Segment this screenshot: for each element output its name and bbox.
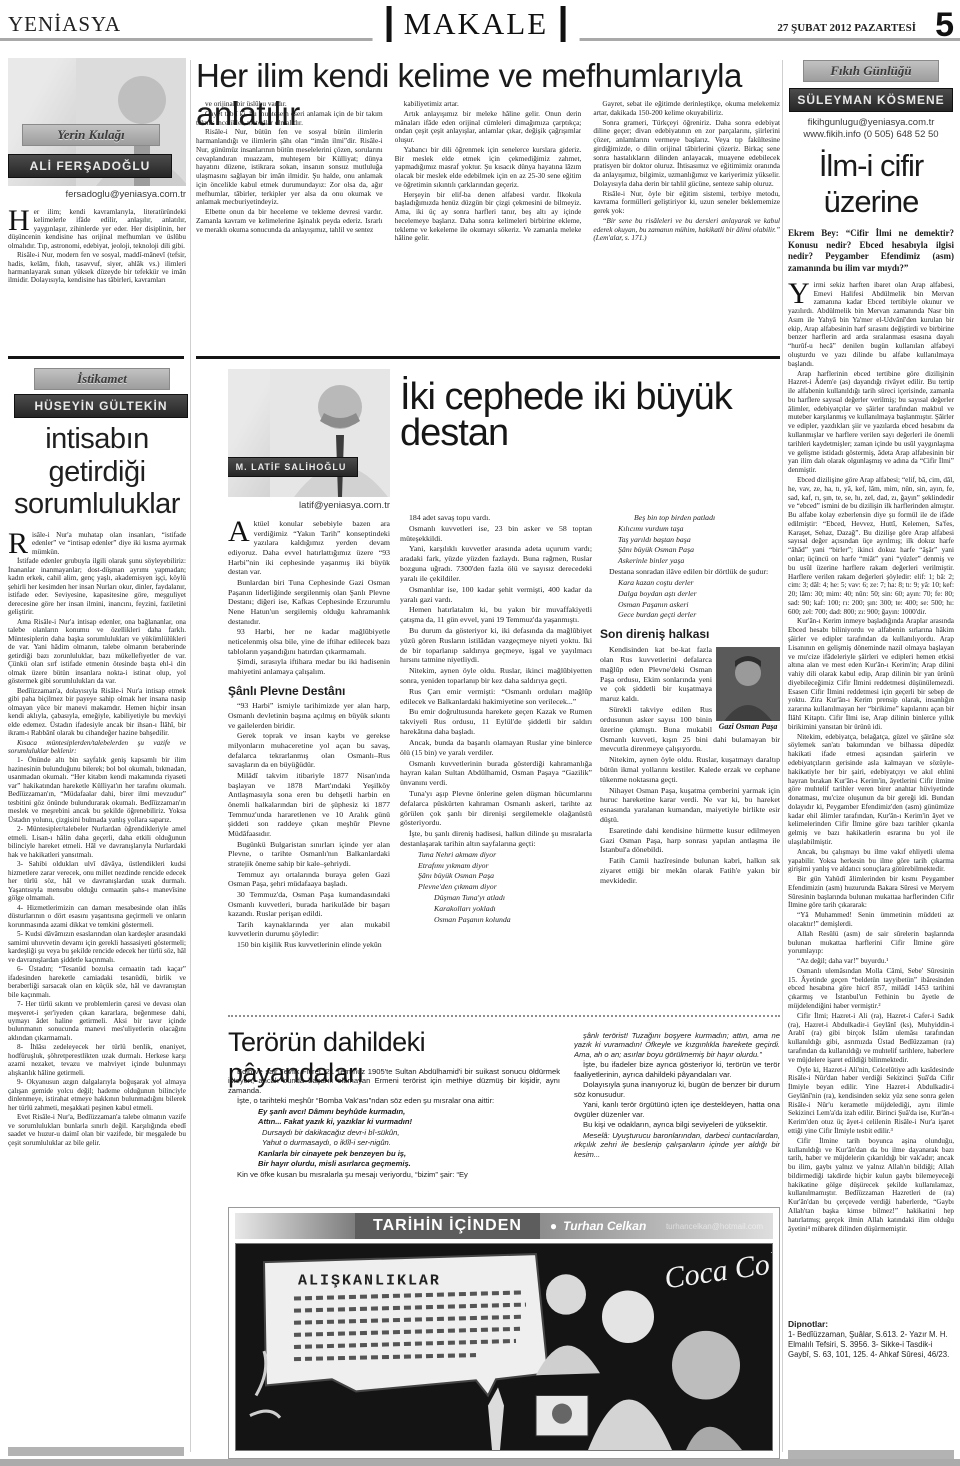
footnotes-text: 1- Bedîüzzaman, Şuâlar, S.613. 2- Yazır … [788,1330,949,1359]
paragraph: Öyle ki, Hazret-i Ali'nin, Celcelûtiye a… [788,1066,954,1136]
column-name-plate-2: İstikamet [34,368,170,390]
middle-zone: İki cephede iki büyük destan M. LATİF SA… [228,365,780,1460]
paragraph: Nitekim, edebiyatça, belağatça, güzel ve… [788,733,954,847]
paragraph: Yani, kanlı terör örgütünü içten içe des… [574,1100,780,1119]
column-rule-right [782,60,783,1452]
left-column-2: İstikamet HÜSEYİN GÜLTEKİN 0505 284 32 4… [8,368,186,1371]
column-name-plate-3: Fıkıh Günlüğü [803,60,939,82]
paragraph: Sonra grameri, Türkçeyi öğreniriz. Daha … [593,119,780,189]
paragraph: Taş yarıldı baştan başa [618,535,780,545]
paragraph: Osmanlı kuvvetleri ise, 23 bin asker ve … [400,524,592,544]
right-column: Fıkıh Günlüğü SÜLEYMAN KÖSMENE fikihgunl… [788,60,954,1360]
article-column-0: Her ilim; kendi kavramlarıyla, literatür… [8,208,186,360]
paragraph: Osman Paşanın askeri [618,600,780,610]
paragraph: Herşeyin bir elif-ba denen alfabesi vard… [395,191,582,244]
paragraph: Tuna Nehri akmam diyor [418,850,592,860]
author-portrait-icon [270,369,390,497]
strip-author-name: Turhan Celkan [563,1219,646,1233]
tarihin-icinden-strip: TARİHİN İÇİNDEN ● Turhan Celkan turhance… [228,1207,780,1459]
paragraph: Kin ve öfke kusan bu mısralarla şu mesaj… [228,1170,560,1179]
strip-title: TARİHİN İÇİNDEN [355,1213,540,1239]
paragraph: Kur'ân-ı Kerim inmeye başladığında Arapl… [788,617,954,731]
paragraph: Dursaydı bir dakikacağız devr-i bî-sükûn… [262,1128,560,1137]
paragraph: Ancak, bunda da başarılı olamayan Ruslar… [400,738,592,758]
paragraph: 3- Sahibi oldukları ulvî dâvâya, üstlend… [8,860,186,902]
paragraph: Risâle-i Nur, öyle bir eğitim sistemi, t… [593,190,780,216]
paragraph: Cifir İlmine tarih boyunca aşina olunduğ… [788,1137,954,1234]
strip-author-block: ● Turhan Celkan turhancelkan@hotmail.com [540,1213,773,1239]
right-article-lead: Ekrem Bey: “Cifir İlmi ne demektir? Konu… [788,228,954,275]
paragraph: Nihayet Osman Paşa, kuşatma çemberini ya… [600,786,780,825]
mid-article-col-b: 184 adet savaş topu vardı.Osmanlı kuvvet… [400,513,592,1009]
paragraph: Milâdî takvim itibariyle 1877 Nisan'ında… [228,771,390,839]
right-article-body: Yirmi sekiz harften ibaret olan Arap alf… [788,281,954,1313]
paragraph: 8- İhlâsı zedeleyecek her türlü benlik, … [8,1043,186,1077]
paragraph: 1- Önünde altı bin sayfalık geniş kapsam… [8,756,186,824]
paragraph: Yani, karşılıklı kuvvetler arasında adet… [400,544,592,583]
paragraph: “Yâ Muhammed! Senin ümmetinin müddeti az… [788,911,954,929]
paragraph: Gayet tabiî ki, bu muhteşem eseri anlama… [196,110,383,128]
paragraph: Arap harflerinin ebced tertibine göre di… [788,370,954,475]
strip-gradient-left [235,1213,355,1239]
paragraph: İşte, o tarihteki meşhûr “Bomba Vak'ası”… [228,1096,560,1105]
author-name-plate-4: SÜLEYMAN KÖSMENE [789,88,953,112]
section-bar-right-icon [560,6,565,42]
paragraph: Evet Risâle-i Nur'a, Bedîüzzaman'a taleb… [8,1113,186,1147]
end-bar-right [788,1450,954,1459]
dotted-divider [228,1015,780,1017]
paragraph: Beş bin top birden patladı [634,513,780,523]
portrait-photo [716,647,780,721]
comic-illustration-icon: ALIŞKANLIKLAR Coca Cola [236,1244,772,1450]
paragraph: Nitekim, aynen öyle oldu. Ruslar, kuşatm… [600,755,780,784]
top-article-columns: ve orijinal bir üslûbu vardır.Gayet tabi… [196,100,780,356]
paragraph: Tarih kaynaklarında yer alan mukabil kuv… [228,920,390,939]
paragraph: Risâle-i Nur'a muhatap olan insanları, “… [8,531,186,556]
author-name-plate: ALİ FERŞADOĞLU [8,154,172,178]
paragraph: Bu emir doğrultusunda harekete geçen Kaz… [400,707,592,736]
paragraph: Risâle-i Nur, modern fen ve sosyal, madd… [8,251,186,285]
strip-header: TARİHİN İÇİNDEN ● Turhan Celkan turhance… [235,1213,773,1239]
section-divider [8,356,184,359]
paragraph: Düşman Tuna'yı atladı [434,893,592,903]
gazi-osman-pasa-photo: Gazi Osman Paşa [716,647,780,732]
paragraph: İşte, bu şanlı direniş hadisesi, halkın … [400,829,592,849]
paragraph: Etrafımı yıkmam diyor [418,861,592,871]
paragraph: 7- Her türlü sıkıntı ve problemlerin çar… [8,1000,186,1042]
paragraph: Şânı büyük Osman Paşa [618,545,780,555]
author-email-3: fikihgunlugu@yeniasya.com.tr [788,117,954,128]
top-article-col-3: Gayret, sebat ile eğitimde derinleştikçe… [593,100,780,356]
paragraph: 93 Harbi, her ne kadar mağlûbiyetle neti… [228,627,390,656]
paragraph: Aktüel konular sebebiyle bazen ara verdi… [228,519,390,577]
section-bar-left-icon [387,6,392,42]
paragraph: 184 adet savaş topu vardı. [400,513,592,523]
paragraph: kabiliyetimiz artar. [395,100,582,109]
paragraph: Ebced dizilişine göre Arap alfabesi; “el… [788,476,954,617]
paragraph: 30 Temmuz'da, Osman Paşa kumandasındaki … [228,890,390,919]
paragraph: Yirmi sekiz harften ibaret olan Arap alf… [788,281,954,369]
paragraph: Allah Resûlü (asm) de sair sûrelerin baş… [788,930,954,956]
paragraph: Risâle-i Nur, bütün fen ve sosyal bütün … [196,128,383,207]
mid-article-col-c-top: Beş bin top birden patladıKılıcımı vurdu… [600,513,780,642]
teror-col-2: şânlı terörist! Tuzağını boşyere kurmadı… [574,1031,780,1195]
paragraph: Bunlardan biri Tuna Cephesinde Gazi Osma… [228,578,390,626]
mid-article-col-a: M. LATİF SALİHOĞLU latif@yeniasya.com.tr… [228,369,390,997]
photo-caption: Gazi Osman Paşa [716,722,780,732]
paragraph: 150 bin kişilik Rus kuvvetlerinin elinde… [228,940,390,950]
section-divider [196,356,780,359]
bullet-icon: ● [550,1219,557,1233]
paragraph: Şânı büyük Osman Paşa [418,871,592,881]
paragraph: Kara kazan coştu derler [618,578,780,588]
author-email-2: latif@yeniasya.com.tr [228,500,390,511]
section-title-block: MAKALE [373,6,580,42]
paragraph: şânlı terörist! Tuzağını boşyere kurmadı… [574,1031,780,1059]
column-name-plate: Yerin Kulağı [22,124,160,146]
paragraph: 2- Müntesipler/talebeler Nurlardan öğren… [8,825,186,859]
footnotes-block: Dipnotlar: 1- Bedîüzzaman, Şuâlar, S.613… [788,1319,954,1361]
paragraph: Hemen hatırlatalım ki, bu yakın bir muva… [400,605,592,625]
paragraph: Kılıcımı vurdum taşa [618,524,780,534]
paragraph: Son direniş halkası [600,627,780,642]
mid-article-col-a-body: Aktüel konular sebebiyle bazen ara verdi… [228,519,390,997]
paragraph: Osmanlı ulemâsından Molla Câmi, Sebe' Sû… [788,967,954,1011]
newspaper-logo: YENİASYA [8,12,121,37]
paragraph: “Az değil; daha var!” buyurdu.¹ [788,957,954,966]
paragraph: Temmuz ayı ortalarında buraya gelen Gazi… [228,870,390,889]
comic-panel: ALIŞKANLIKLAR Coca Cola [235,1243,773,1451]
paragraph: Nitekim, aynen öyle oldu. Ruslar, ikinci… [400,666,592,686]
paragraph: Plevne'den çıkmam diyor [418,882,592,892]
mid-article-col-c: Beş bin top birden patladıKılıcımı vurdu… [600,513,780,1009]
pasha-portrait-icon [716,647,780,721]
paragraph: Gerek toprak ve insan kaybı ve gerekse m… [228,731,390,770]
paragraph: Destana sonradan ilâve edilen bir dörtlü… [600,567,780,577]
footnotes-title: Dipnotlar: [788,1319,828,1329]
teror-col-1: Edib ve şair Tevfik Fikret, 21 Temmuz 19… [228,1067,560,1195]
top-article-col-2: kabiliyetimiz artar.Artık anlayışımız bi… [395,100,582,356]
issue-date: 27 ŞUBAT 2012 PAZARTESİ [777,22,916,34]
paragraph: ve orijinal bir üslûbu vardır. [196,100,383,109]
right-article-headline: İlm-i cifir üzerine [788,148,954,220]
paragraph: Bu kişi ve odakların, ayrıca bilgi seviy… [574,1120,780,1129]
paragraph: Ancak, bu çalışmayı bu ilme vakıf ehliye… [788,848,954,874]
paragraph: Meselâ: Uyuşturucu baronlarından, darbec… [574,1131,780,1159]
paragraph: 4- Hizmetlerimizin can damarı mesabesind… [8,904,186,929]
paragraph: Yahut o durmasaydı, o iklîl-i ser-nigûn. [262,1138,560,1147]
author-name-plate-2: HÜSEYİN GÜLTEKİN [14,394,188,418]
paragraph: Elbette onun da bir heceleme ve tekleme … [196,208,383,234]
section-title: MAKALE [404,6,549,42]
paragraph: Askerinle binler yaşa [618,556,780,566]
paragraph: İstifade edenler grubuyla ilgili olarak … [8,557,186,616]
paragraph: Osmanlı kuvvetlerinin burada gösterdiği … [400,759,592,788]
paragraph: Dalga boydan aştı derler [618,589,780,599]
paragraph: Bedîüzzaman'a, dolayısıyla Risâle-i Nur'… [8,687,186,738]
paragraph: Ama Risâle-i Nur'a intisap edenler, ona … [8,618,186,686]
masthead: YENİASYA MAKALE 27 ŞUBAT 2012 PAZARTESİ … [0,0,960,52]
mid-article-headline: İki cephede iki büyük destan [400,379,780,451]
top-article-col-1: ve orijinal bir üslûbu vardır.Gayet tabi… [196,100,383,356]
author-phone-2: www.fikih.info (0 505) 648 52 50 [788,129,954,140]
paragraph: “Bir sene bu risâleleri ve bu dersleri a… [593,217,780,243]
paragraph: Esaretinde dahi kendisine hürmette kusur… [600,826,780,855]
paragraph: Bu durum da gösteriyor ki, iki defasında… [400,626,592,665]
paragraph: Attın... Fakat yazık ki, yazıklar ki vur… [258,1117,560,1126]
paragraph: Yabancı bir dili öğrenmek için senelerce… [395,146,582,190]
paragraph: 6- Üstadın; “Tesanüd bozulsa cemaatin ta… [8,965,186,999]
author-photo-salihoglu: M. LATİF SALİHOĞLU [228,369,390,497]
paragraph: 9- Okyanusun azgın dalgalarıyla boğuşara… [8,1078,186,1112]
paragraph: Ey şanlı avcı! Dâmını beyhûde kurmadın, [258,1107,560,1116]
paragraph: Bugünkü Bulgaristan sınırları içinde yer… [228,840,390,869]
paragraph: Osmanlılar ise, 100 kadar şehit vermişti… [400,585,592,605]
page-number: 5 [935,6,954,45]
paragraph: Şânlı Plevne Destânı [228,684,390,699]
author-name-plate-3: M. LATİF SALİHOĞLU [228,457,358,477]
paragraph: Şimdi, sırasıyla iftihara medar bu iki h… [228,657,390,676]
paragraph: Bir gün Yahûdî âlimlerinden bir kısmı Pe… [788,875,954,910]
end-bar-left [8,1447,184,1456]
paragraph: İşte, bu ifadeler bize ayrıca gösteriyor… [574,1060,780,1079]
left-article-body: Risâle-i Nur'a muhatap olan insanları, “… [8,531,186,1371]
paragraph: “93 Harbi” ismiyle tarihimizde yer alan … [228,701,390,730]
paragraph: Bir hayır olurdu, misli asırlarca geçmem… [258,1159,560,1168]
strip-author-email: turhancelkan@hotmail.com [666,1222,763,1231]
paragraph: Karakolları yokladı [434,904,592,914]
paragraph: Dolayısıyla şuna inanıyoruz ki, bugün de… [574,1080,780,1099]
paragraph: Kısaca müntesiplerden/talebelerden şu va… [8,739,186,756]
author-email: fersadoglu@yeniasya.com.tr [8,189,186,200]
paragraph: Tuna'yı aşıp Plevne önlerine gelen düşma… [400,789,592,828]
paragraph: Her ilim; kendi kavramlarıyla, literatür… [8,208,186,250]
paragraph: Cifir İlmi; Hazret-i Ali (ra), Hazret-i … [788,1012,954,1065]
end-bar-bottom [0,1459,960,1466]
paragraph: Fatih Camii hazîresinde bulunan kabri, h… [600,856,780,885]
paragraph: Artık anlayışımız bir meleke hâline geli… [395,110,582,145]
paragraph: Kanlarla bir cinayete pek benzeyen bu iş… [258,1149,560,1158]
paragraph: Edib ve şair Tevfik Fikret, 21 Temmuz 19… [228,1067,560,1095]
paragraph: Osman Paşanın kolunda [434,915,592,925]
left-column: Yerin Kulağı ALİ FERŞADOĞLU fersadoglu@y… [8,58,186,360]
paragraph: Rus Çarı emir vermişti: “Osmanlı ordular… [400,687,592,707]
svg-text:ALIŞKANLIKLAR: ALIŞKANLIKLAR [298,1271,441,1289]
column-rule-left [190,60,191,1452]
paragraph: Gece burdan geçti derler [618,610,780,620]
paragraph: Gayret, sebat ile eğitimde derinleştikçe… [593,100,780,118]
paragraph: 5- Kudsi dâvâmızın esaslarından olan kar… [8,930,186,964]
